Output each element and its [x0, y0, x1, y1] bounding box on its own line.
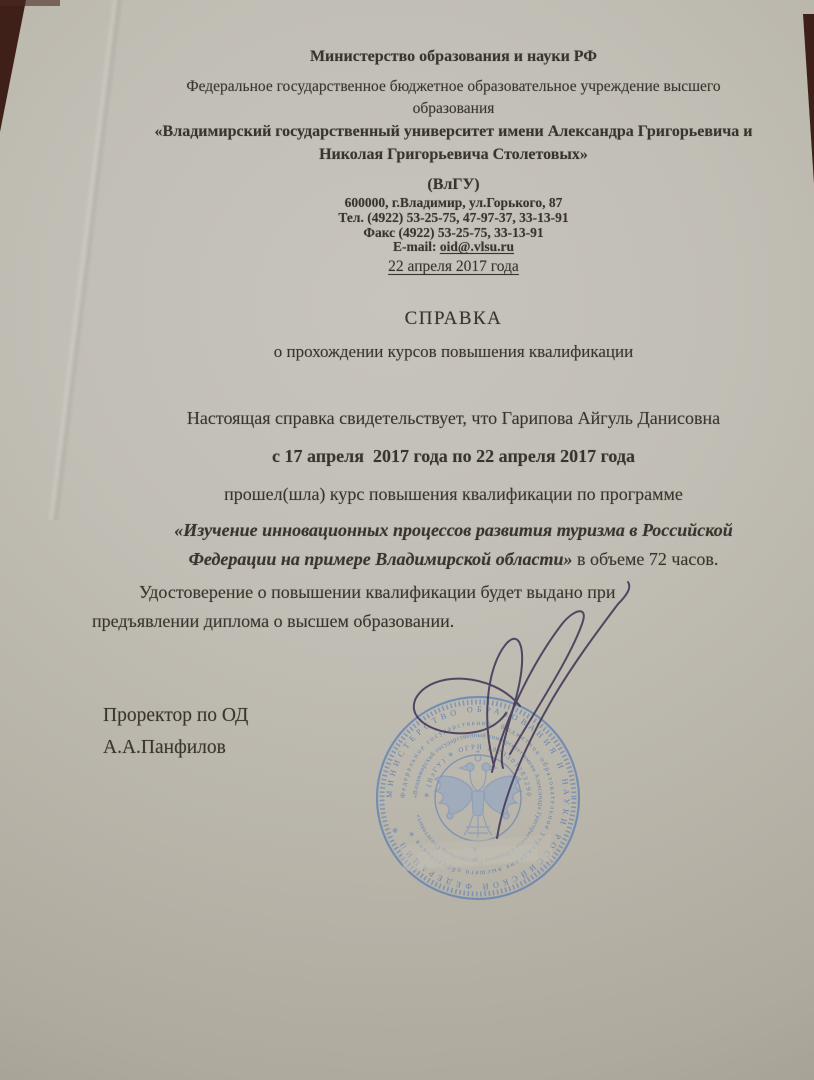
signer-title: Проректор по ОД [103, 705, 248, 726]
university-line-2: Николая Григорьевича Столетовых» [319, 146, 588, 163]
email-label: E-mail: [393, 239, 440, 254]
university-line-1: «Владимирский государственный университе… [155, 123, 753, 140]
program-name-block: «Изучение инновационных процессов развит… [95, 516, 812, 573]
contact-block: 600000, г.Владимир, ул.Горького, 87 Тел.… [95, 196, 812, 255]
document-date: 22 апреля 2017 года [95, 258, 812, 276]
email-address: oid@.vlsu.ru [440, 239, 514, 254]
signature-ink [370, 576, 690, 896]
institution-line-1: Федеральное государственное бюджетное об… [186, 78, 720, 95]
document-title: СПРАВКА [95, 308, 812, 330]
body-statement: Настоящая справка свидетельствует, что Г… [95, 408, 812, 429]
table-corner-top-left [0, 0, 26, 132]
program-hours: в объеме 72 часов. [572, 549, 718, 569]
university-name: «Владимирский государственный университе… [95, 120, 812, 166]
phone-line: Тел. (4922) 53-25-75, 47-97-37, 33-13-91 [338, 210, 568, 225]
university-abbreviation: (ВлГУ) [95, 176, 812, 194]
signature-left-loop [414, 679, 520, 734]
body-course-line: прошел(шла) курс повышения квалификации … [95, 484, 812, 505]
ministry-header: Министерство образования и науки РФ [95, 48, 812, 66]
signer-name: А.А.Панфилов [103, 737, 226, 758]
fax-line: Факс (4922) 53-25-75, 33-13-91 [363, 225, 543, 240]
document-subtitle: о прохождении курсов повышения квалифика… [95, 342, 812, 362]
document-photo: Министерство образования и науки РФ Феде… [0, 0, 814, 1080]
table-edge-top [0, 0, 60, 6]
institution-type: Федеральное государственное бюджетное об… [95, 76, 812, 119]
course-dates: с 17 апреля 2017 года по 22 апреля 2017 … [95, 446, 812, 467]
address-line: 600000, г.Владимир, ул.Горького, 87 [345, 195, 563, 210]
institution-line-2: образования [413, 100, 495, 117]
program-name-line-2: Федерации на примере Владимирской област… [189, 549, 573, 569]
signature-long-stroke [497, 582, 629, 838]
program-name-line-1: «Изучение инновационных процессов развит… [174, 520, 732, 540]
signature-pointed-loop [492, 611, 584, 772]
